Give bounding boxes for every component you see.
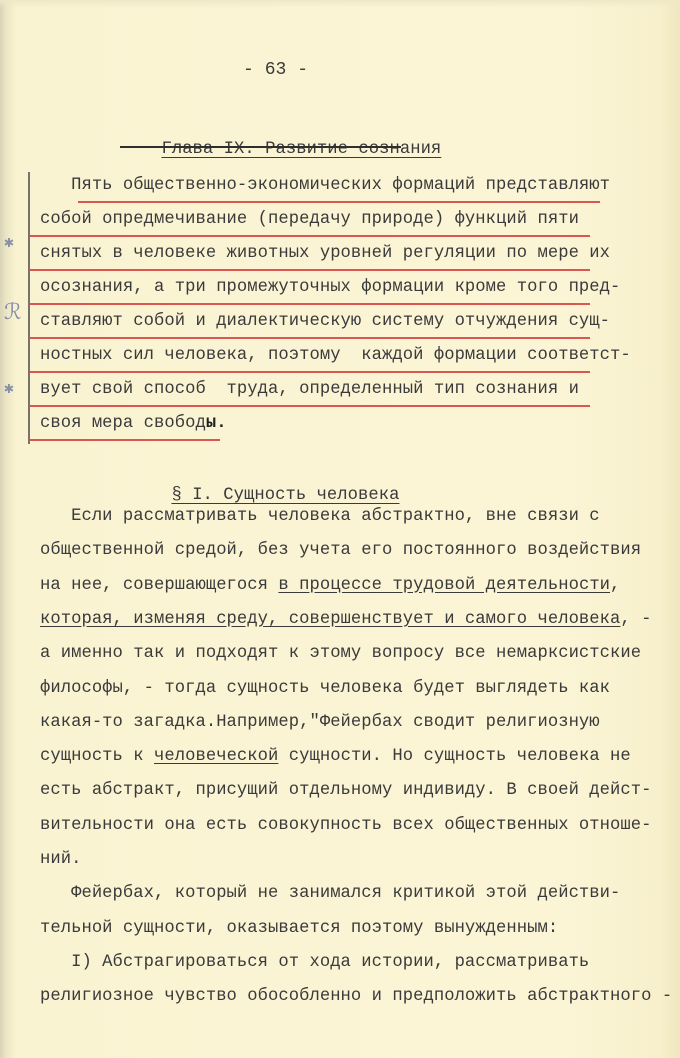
body-line: Если рассматривать человека абстрактно, … (40, 507, 600, 527)
intro-line: ставляют собой и диалектическую систему … (40, 312, 610, 332)
red-pencil-underline (78, 201, 600, 203)
chapter-title: Глава IX. Развитие сознания (120, 120, 441, 180)
intro-line: осознания, а три промежуточных формации … (40, 278, 620, 298)
body-line: есть абстракт, присущий отдельному индив… (40, 781, 652, 801)
body-line: I) Абстрагироваться от хода истории, рас… (40, 953, 589, 973)
body-line: философы, - тогда сущность человека буде… (40, 679, 610, 699)
margin-pencil-mark-icon: ✱ (4, 378, 14, 398)
page-edge (0, 0, 680, 8)
margin-pencil-mark-icon: ✱ (4, 232, 14, 252)
intro-line: своя мера свободы. (40, 414, 227, 434)
body-line: какая-то загадка.Например,"Фейербах свод… (40, 713, 600, 733)
red-pencil-underline (30, 371, 590, 373)
red-pencil-underline (30, 337, 590, 339)
body-line: ний. (40, 850, 81, 870)
intro-line: снятых в человеке животных уровней регул… (40, 244, 610, 264)
body-line: тельной сущности, оказывается поэтому вы… (40, 919, 558, 939)
section-title-text: § I. Сущность человека (171, 486, 399, 505)
intro-line: ностных сил человека, поэтому каждой фор… (40, 346, 631, 366)
chapter-title-double-underline (120, 146, 401, 148)
intro-line: собой опредмечивание (передачу природе) … (40, 210, 579, 230)
red-pencil-underline (30, 405, 590, 407)
document-page: - 63 - Глава IX. Развитие сознания ✱ ℛ ✱… (0, 0, 680, 1058)
body-line: общественной средой, без учета его посто… (40, 541, 641, 561)
body-line: сущность к человеческой сущности. Но сущ… (40, 747, 631, 767)
body-line: религиозное чувство обособленно и предпо… (40, 987, 672, 1007)
body-line: Фейербах, который не занимался критикой … (40, 884, 620, 904)
intro-line: вует свой способ труда, определенный тип… (40, 380, 579, 400)
body-line: которая, изменяя среду, совершенствует и… (40, 610, 652, 630)
red-pencil-underline (30, 235, 590, 237)
margin-sideline (28, 172, 30, 444)
chapter-title-text: Глава IX. Развитие сознания (161, 140, 441, 159)
red-pencil-underline (30, 303, 590, 305)
underlined-phrase: которая, изменяя среду, совершенствует и… (40, 610, 620, 629)
underlined-phrase: в процессе трудовой деятельности (278, 576, 610, 595)
margin-pencil-mark-icon: ℛ (4, 300, 22, 326)
underlined-phrase: человеческой (154, 747, 278, 766)
body-line: вительности она есть совокупность всех о… (40, 816, 652, 836)
red-pencil-underline (30, 269, 590, 271)
intro-line: Пять общественно-экономических формаций … (40, 176, 610, 196)
body-line: а именно так и подходят к этому вопросу … (40, 644, 641, 664)
page-number: - 63 - (243, 60, 308, 80)
body-line: на нее, совершающегося в процессе трудов… (40, 576, 620, 596)
red-pencil-underline (30, 439, 220, 441)
